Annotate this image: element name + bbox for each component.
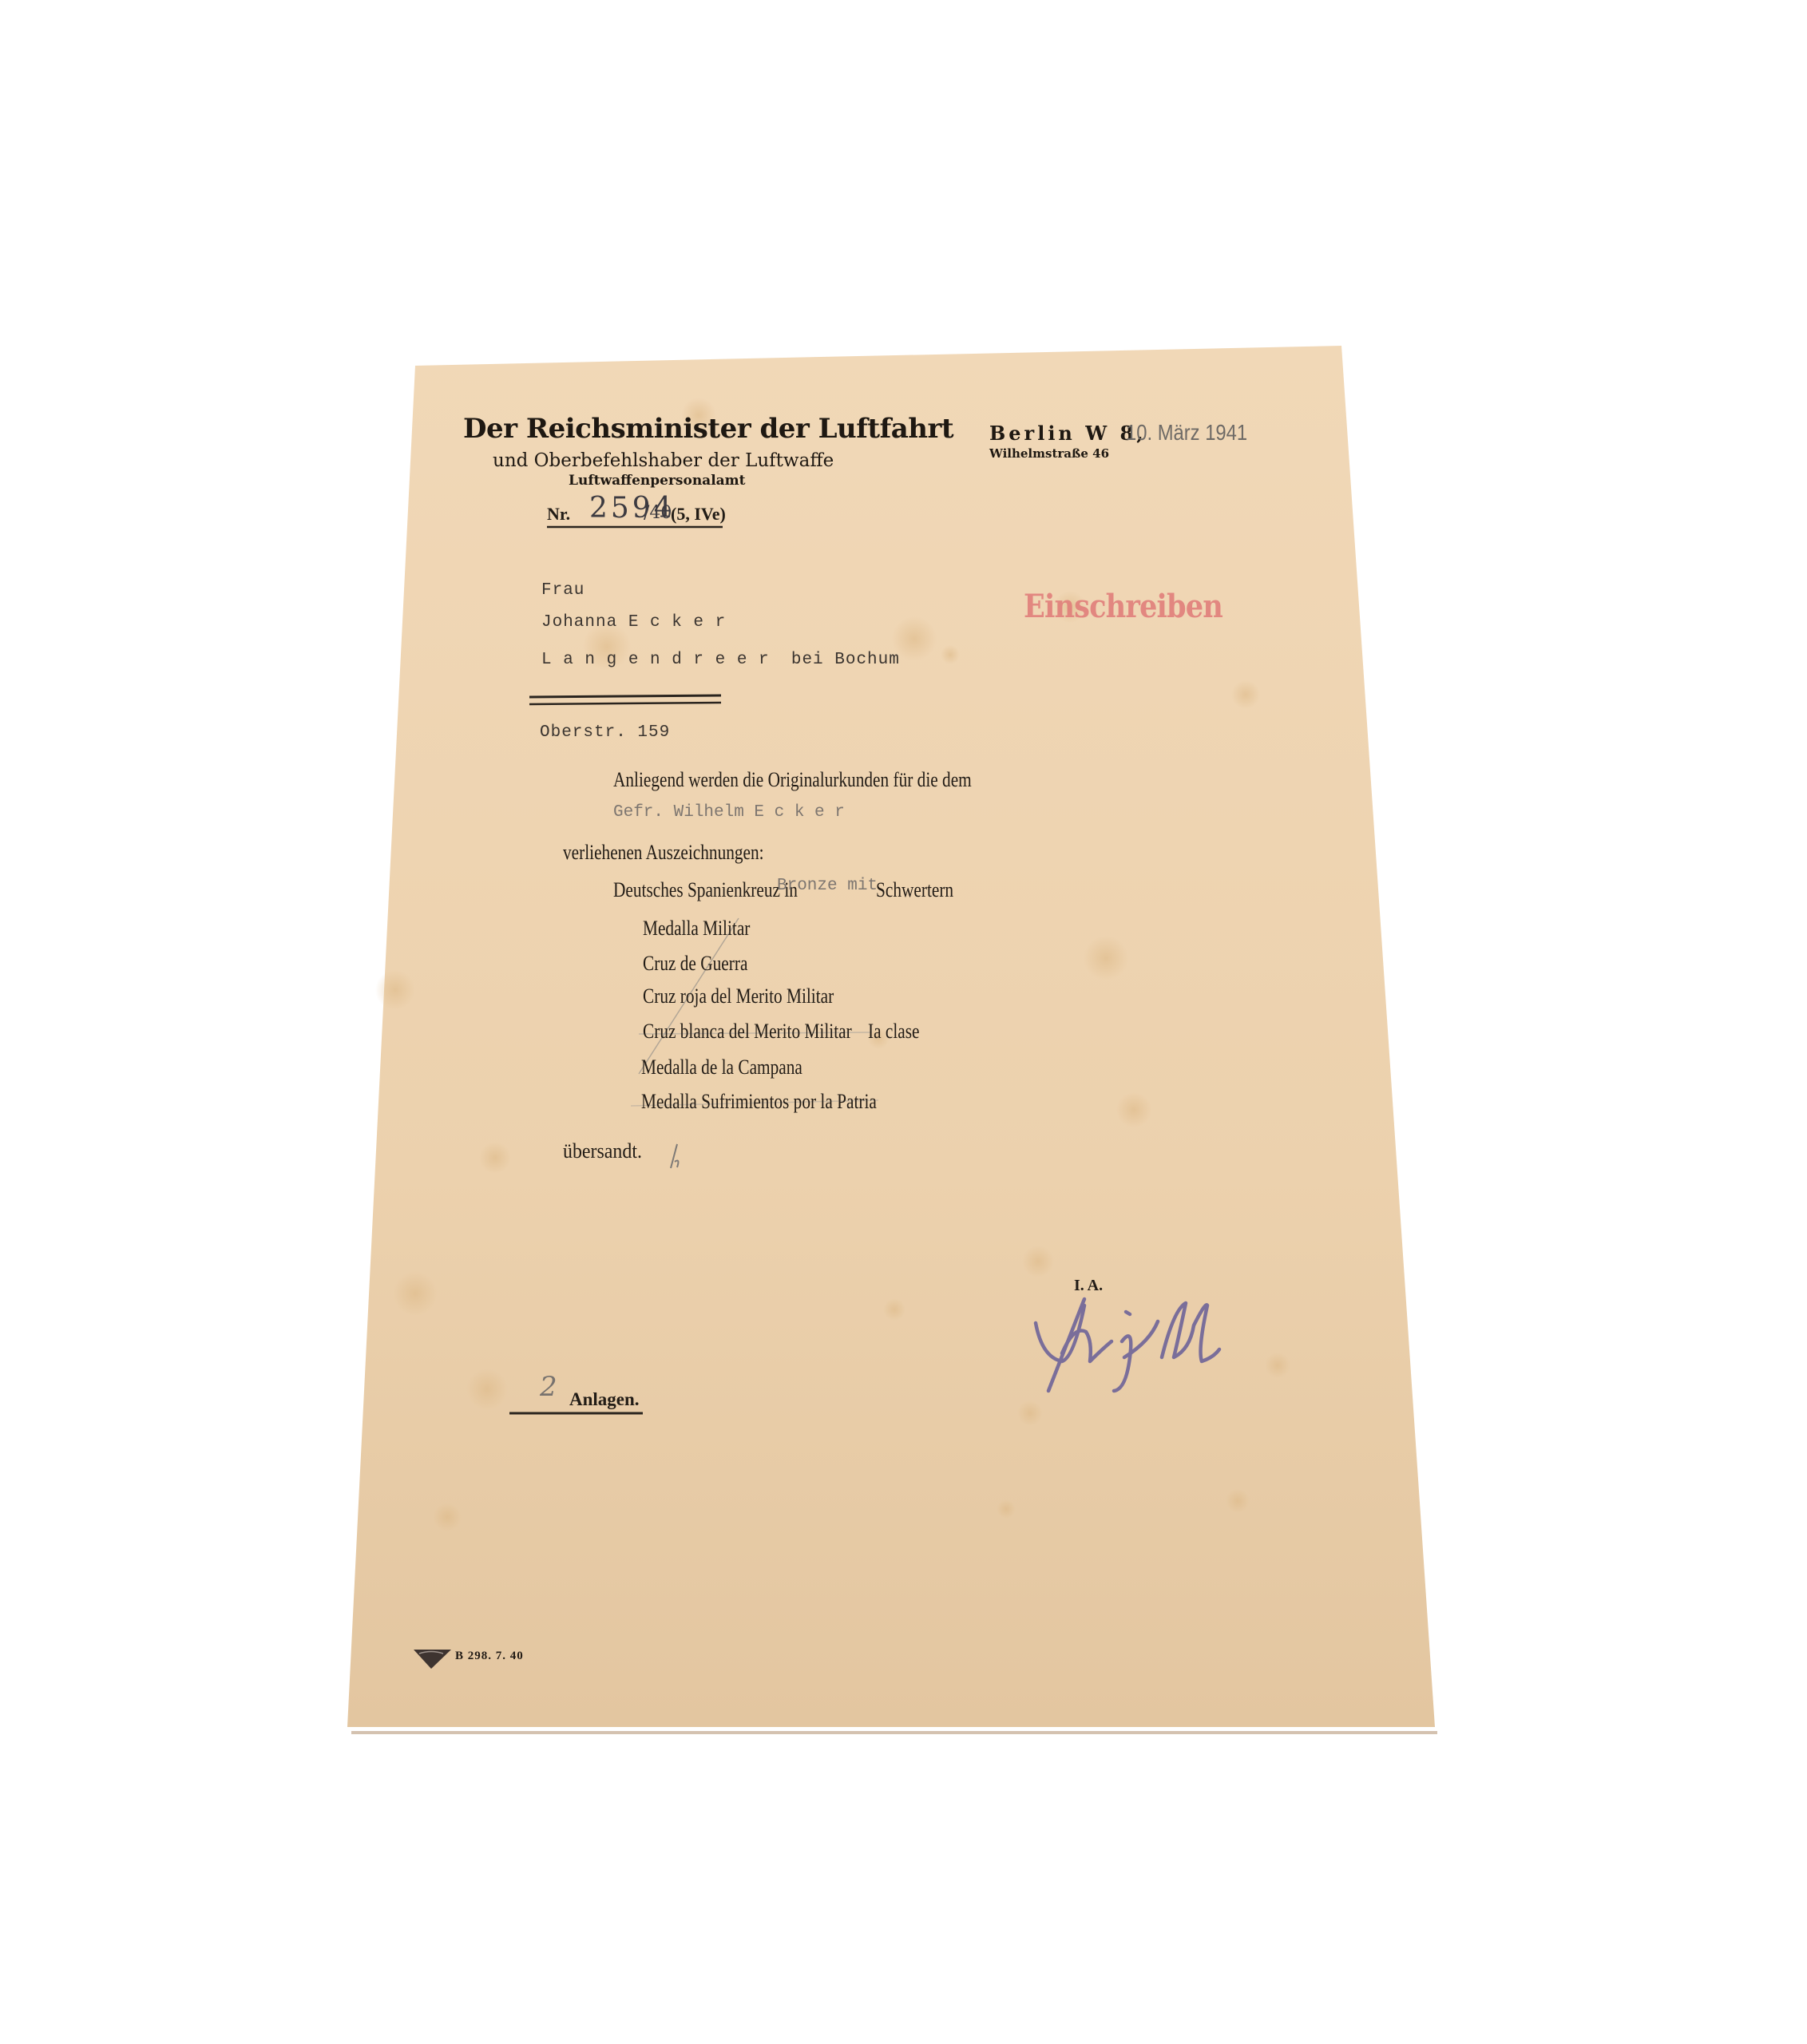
- body-intro: Anliegend werden die Originalurkunden fü…: [613, 770, 972, 790]
- registered-mail-stamp: Einschreiben: [1024, 591, 1222, 623]
- address-double-rule: [529, 695, 721, 697]
- reference-year: /40: [644, 505, 672, 522]
- recipient-name: Johanna E c k e r: [541, 614, 726, 631]
- award-item: Cruz de Guerra: [643, 953, 747, 974]
- enclosure-label: Anlagen.: [569, 1390, 640, 1408]
- soldier-name: Gefr. Wilhelm E c k e r: [613, 804, 845, 821]
- awarded-label: verliehenen Auszeichnungen:: [563, 842, 764, 863]
- place-city: Berlin W 8,: [989, 424, 1147, 443]
- award-suffix: Schwertern: [876, 880, 953, 901]
- date-stamp: 10. März 1941: [1126, 422, 1247, 444]
- form-code: B 298. 7. 40: [455, 1650, 524, 1662]
- award-item: Medalla Sufrimientos por la Patria: [641, 1091, 877, 1112]
- reference-label: Nr.: [547, 505, 570, 523]
- award-item: Medalla de la Campana: [641, 1057, 802, 1078]
- place-street: Wilhelmstraße 46: [989, 448, 1109, 460]
- letterhead-office: Luftwaffenpersonalamt: [569, 474, 746, 488]
- recipient-street: Oberstr. 159: [540, 724, 670, 741]
- award-item: Cruz blanca del Merito Militar: [643, 1021, 852, 1042]
- signature-prefix: I. A.: [1074, 1277, 1103, 1293]
- award-class: Ia clase: [868, 1021, 920, 1042]
- award-item: Cruz roja del Merito Militar: [643, 986, 834, 1007]
- enclosure-count-handwritten: 2: [540, 1373, 557, 1400]
- award-typed-insert: Bronze mit: [777, 877, 878, 894]
- recipient-town: L a n g e n d r e e r bei Bochum: [541, 652, 900, 668]
- award-item: Deutsches Spanienkreuz in: [613, 880, 798, 901]
- letterhead-command: und Oberbefehlshaber der Luftwaffe: [493, 452, 834, 470]
- recipient-salutation: Frau: [541, 582, 585, 599]
- reference-section: (5, IVe): [671, 505, 726, 523]
- letterhead-ministry: Der Reichsminister der Luftfahrt: [463, 415, 953, 442]
- award-item: Medalla Militar: [643, 918, 750, 939]
- body-closing: übersandt.: [563, 1141, 642, 1162]
